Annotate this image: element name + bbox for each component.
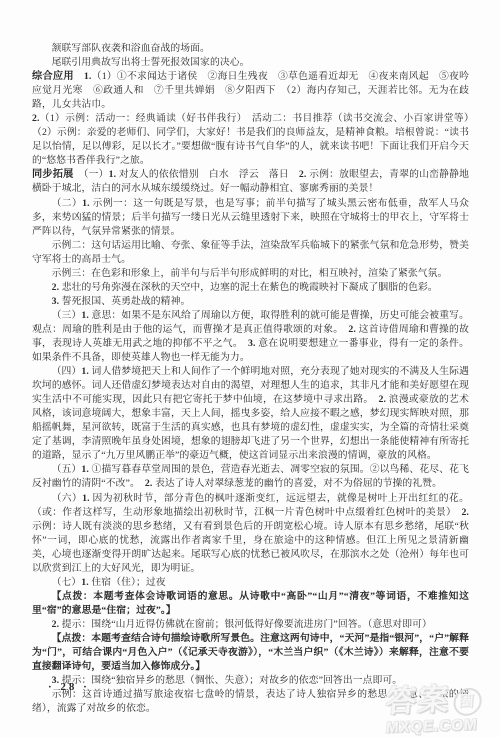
- watermark-circle-icon: 圈: [452, 687, 482, 716]
- bold-text: 【点拨：本题考查结合诗句描绘诗歌所写景色。注意这两句诗中，“天河”是指“银河”，…: [32, 633, 469, 672]
- bold-text: 2.: [32, 113, 40, 124]
- paragraph: 3. 誓死报国、英勇赴战的精神。: [32, 295, 469, 309]
- watermark-logo: 答案圈: [367, 683, 500, 720]
- bold-text: 2.: [379, 394, 387, 405]
- body-text: 示例三：在色彩和形象上，前半句与后半句形成鲜明的对比，相互映衬，渲染了紧张气氛。: [52, 268, 448, 279]
- body-text: [74, 71, 84, 82]
- bold-text: 1.: [81, 366, 89, 377]
- watermark-logo-text: 答案: [385, 683, 452, 718]
- section-heading: 同步拓展: [32, 169, 74, 180]
- body-text: （七）: [52, 577, 82, 588]
- body-text: 住宿（住）；过夜: [89, 577, 166, 588]
- bold-text: 2.: [461, 507, 469, 518]
- paragraph: 【点拨：本题考查体会诗歌词语的意思。从诗歌中“高卧”“山月”“清夜”等词语，不难…: [32, 590, 469, 618]
- paragraph: 2. 悲壮的号角弥漫在深秋的天空中，边塞的泥土在紫色的晚霞映衬下凝成了胭脂的色彩…: [32, 281, 469, 295]
- body-text: （三）: [52, 310, 82, 321]
- bold-text: 1.: [81, 310, 89, 321]
- paragraph: （二）1. 示例一：这一句既是写景，也是写事；前半句描写了城头黑云密布低垂，敌军…: [32, 197, 469, 239]
- paragraph: 综合应用 1.（1）①不求闻达于诸侯 ②海日生残夜 ③草色遥看近却无 ④夜来南风…: [32, 70, 469, 112]
- bold-text: 1.: [82, 198, 90, 209]
- paragraph: 同步拓展 （一）1. 对友人的依依惜别 白水 浮云 落日 2. 示例：放眼望去，…: [32, 168, 469, 196]
- body-text: （1）示例：活动一：经典诵读（好书伴我行） 活动二：书目推荐（读书交流会、小百家…: [32, 113, 479, 166]
- body-text: （二）: [52, 198, 83, 209]
- body-text: （一）: [74, 169, 109, 180]
- paragraph: （三）1. 意思：如果不是东风给了周瑜以方便，取得胜利的就可能是曹操，历史可能会…: [32, 309, 469, 365]
- body-text: 示例二：这句话运用比喻、夸张、象征等手法，渲染敌军兵临城下的紧张气氛和危急形势，…: [32, 240, 469, 265]
- paragraph: 尾联引用典故写出将士誓死报效国家的决心。: [32, 56, 469, 70]
- bold-text: 1.: [82, 493, 90, 504]
- bold-text: 1.: [81, 464, 89, 475]
- body-text: （五）: [52, 464, 82, 475]
- page-number: · 28 ·: [48, 681, 90, 693]
- body-text: 因为初秋时节，部分青色的枫叶逐渐变红，远远望去，就像是树叶上开出红红的花。（或：…: [32, 493, 469, 518]
- paragraph: 示例三：在色彩和形象上，前半句与后半句形成鲜明的对比，相互映衬，渲染了紧张气氛。: [32, 267, 469, 281]
- watermark-site-url: MXQE.COM: [366, 716, 498, 737]
- paragraph: 2. 提示：围绕“山月近得仿佛就在窗前；银河低得好像要流进房门”回答。（意思对即…: [32, 618, 469, 632]
- bold-text: 【点拨：本题考查体会诗歌词语的意思。从诗歌中“高卧”“山月”“清夜”等词语，不难…: [32, 591, 469, 616]
- paragraph: （五）1. ①描写暮春草堂周围的景色，营造春光逝去、凋零空寂的氛围。②以鸟稀、花…: [32, 463, 469, 491]
- body-text: （六）: [52, 493, 83, 504]
- body-text: 表达了诗人对翠绿葱茏的幽竹的喜爱，对不为俗屈的节操的礼赞。: [152, 478, 442, 489]
- watermark: 答案圈 MXQE.COM: [366, 683, 500, 737]
- paragraph: （四）1. 词人借梦境把天上和人间作了一个鲜明地对照，充分表现了她对现实的不满及…: [32, 365, 469, 463]
- paragraph: 【点拨：本题考查结合诗句描绘诗歌所写景色。注意这两句诗中，“天河”是指“银河”，…: [32, 632, 469, 674]
- paragraph: （七）1. 住宿（住）；过夜: [32, 576, 469, 590]
- bold-text: 3.: [248, 338, 256, 349]
- bold-text: 2.: [348, 324, 356, 335]
- paragraph: 2.（1）示例：活动一：经典诵读（好书伴我行） 活动二：书目推荐（读书交流会、小…: [32, 112, 469, 168]
- body-text: 对友人的依依惜别 白水 浮云 落日: [116, 169, 299, 180]
- body-text: 示例：诗人既有淡淡的思乡愁绪，又有看到景色后的开朗宽松心境。诗人原本有思乡愁绪，…: [32, 521, 469, 574]
- paragraph: 示例二：这句话运用比喻、夸张、象征等手法，渲染敌军兵临城下的紧张气氛和危急形势，…: [32, 239, 469, 267]
- bold-text: 1.: [81, 577, 89, 588]
- body-text: 誓死报国、英勇赴战的精神。: [59, 296, 190, 307]
- paragraph: 颔联写部队夜袭和浴血奋战的场面。: [32, 42, 469, 56]
- section-heading: 综合应用: [32, 71, 74, 82]
- body-text: （1）①不求闻达于诸侯 ②海日生残夜 ③草色遥看近却无 ④夜来南风起 ⑤夜吟应觉…: [32, 71, 469, 110]
- paragraph: （六）1. 因为初秋时节，部分青色的枫叶逐渐变红，远远望去，就像是树叶上开出红红…: [32, 492, 469, 576]
- body-text: 提示：围绕“独宿异乡的愁思（惆怅、失意）；对故乡的依恋”回答出一点即可。: [59, 675, 402, 686]
- body-text: 提示：围绕“山月近得仿佛就在窗前；银河低得好像要流进房门”回答。（意思对即可）: [59, 619, 432, 630]
- body-text: 颔联写部队夜袭和浴血奋战的场面。: [52, 43, 210, 54]
- body-text: （四）: [52, 366, 82, 377]
- answer-text-block: 颔联写部队夜袭和浴血奋战的场面。尾联引用典故写出将士誓死报效国家的决心。综合应用…: [32, 42, 469, 716]
- scanned-answer-page: 颔联写部队夜袭和浴血奋战的场面。尾联引用典故写出将士誓死报效国家的决心。综合应用…: [0, 0, 500, 737]
- body-text: 悲壮的号角弥漫在深秋的天空中，边塞的泥土在紫色的晚霞映衬下凝成了胭脂的色彩。: [59, 282, 438, 293]
- body-text: 示例一：这一句既是写景，也是写事；前半句描写了城头黑云密布低垂，敌军人马众多，来…: [32, 198, 469, 237]
- body-text: 尾联引用典故写出将士誓死报效国家的决心。: [52, 57, 250, 68]
